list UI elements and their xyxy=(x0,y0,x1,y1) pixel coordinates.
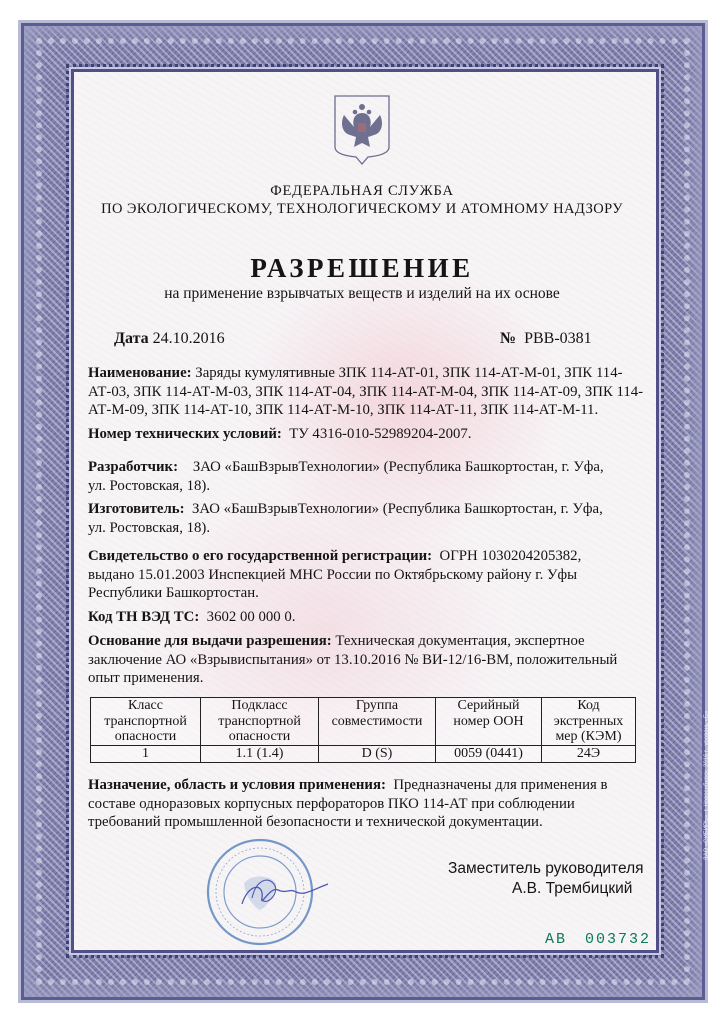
signatory-role: Заместитель руководителя xyxy=(448,860,644,878)
cell-group: D (S) xyxy=(319,745,436,762)
agency-name-line1: ФЕДЕРАЛЬНАЯ СЛУЖБА xyxy=(0,183,724,200)
field-basis: Основание для выдачи разрешения: Техниче… xyxy=(88,632,628,688)
cell-class: 1 xyxy=(91,745,201,762)
field-tech-label: Номер технических условий: xyxy=(88,426,282,442)
signatory-name: А.В. Трембицкий xyxy=(512,880,632,898)
cell-un-number: 0059 (0441) xyxy=(436,745,542,762)
field-registration: Свидетельство о его государственной реги… xyxy=(88,547,618,603)
field-developer-label: Разработчик: xyxy=(88,459,178,475)
hazard-table-header: Класс транспортной опасности Подкласс тр… xyxy=(91,698,636,746)
agency-name-line2: ПО ЭКОЛОГИЧЕСКОМУ, ТЕХНОЛОГИЧЕСКОМУ И АТ… xyxy=(0,201,724,218)
date-label: Дата xyxy=(114,330,149,347)
header-emergency-code: Код экстренных мер (КЭМ) xyxy=(542,698,636,746)
field-tnved-value: 3602 00 000 0. xyxy=(207,609,296,625)
form-serial: АВ003732 xyxy=(545,931,651,948)
issue-date: Дата 24.10.2016 xyxy=(114,330,225,348)
date-value: 24.10.2016 xyxy=(153,330,225,347)
field-registration-label: Свидетельство о его государственной реги… xyxy=(88,548,432,564)
document-subtitle: на применение взрывчатых веществ и издел… xyxy=(0,285,724,303)
official-stamp-icon xyxy=(204,834,332,950)
cell-emergency-code: 24Э xyxy=(542,745,636,762)
printer-note: ЗАО «СИБИРЬ», г. Новосибирск, 2016 г., у… xyxy=(704,711,710,860)
number-value: РВВ-0381 xyxy=(524,330,592,347)
number-label: № xyxy=(500,330,516,347)
header-un-number: Серийный номер ООН xyxy=(436,698,542,746)
field-tnved: Код ТН ВЭД ТС: 3602 00 000 0. xyxy=(88,608,648,627)
document-title: РАЗРЕШЕНИЕ xyxy=(0,253,724,284)
permit-number: № РВВ-0381 xyxy=(500,330,592,348)
field-basis-label: Основание для выдачи разрешения: xyxy=(88,633,332,649)
field-name-label: Наименование: xyxy=(88,365,192,381)
table-row: 1 1.1 (1.4) D (S) 0059 (0441) 24Э xyxy=(91,745,636,762)
header-class: Класс транспортной опасности xyxy=(91,698,201,746)
hazard-table: Класс транспортной опасности Подкласс тр… xyxy=(90,697,636,763)
coat-of-arms-icon xyxy=(332,93,392,166)
field-purpose-label: Назначение, область и условия применения… xyxy=(88,777,386,793)
field-name: Наименование: Заряды кумулятивные ЗПК 11… xyxy=(88,364,648,420)
form-series: АВ xyxy=(545,931,567,948)
field-tnved-label: Код ТН ВЭД ТС: xyxy=(88,609,199,625)
field-manufacturer-label: Изготовитель: xyxy=(88,501,185,517)
field-tech-conditions: Номер технических условий: ТУ 4316-010-5… xyxy=(88,425,648,444)
field-tech-value: ТУ 4316-010-52989204-2007. xyxy=(289,426,471,442)
form-serial-number: 003732 xyxy=(585,931,651,948)
field-developer: Разработчик: ЗАО «БашВзрывТехнологии» (Р… xyxy=(88,458,618,495)
field-manufacturer: Изготовитель: ЗАО «БашВзрывТехнологии» (… xyxy=(88,500,618,537)
header-subclass: Подкласс транспортной опасности xyxy=(201,698,319,746)
cell-subclass: 1.1 (1.4) xyxy=(201,745,319,762)
header-group: Группа совместимости xyxy=(319,698,436,746)
field-purpose: Назначение, область и условия применения… xyxy=(88,776,628,832)
